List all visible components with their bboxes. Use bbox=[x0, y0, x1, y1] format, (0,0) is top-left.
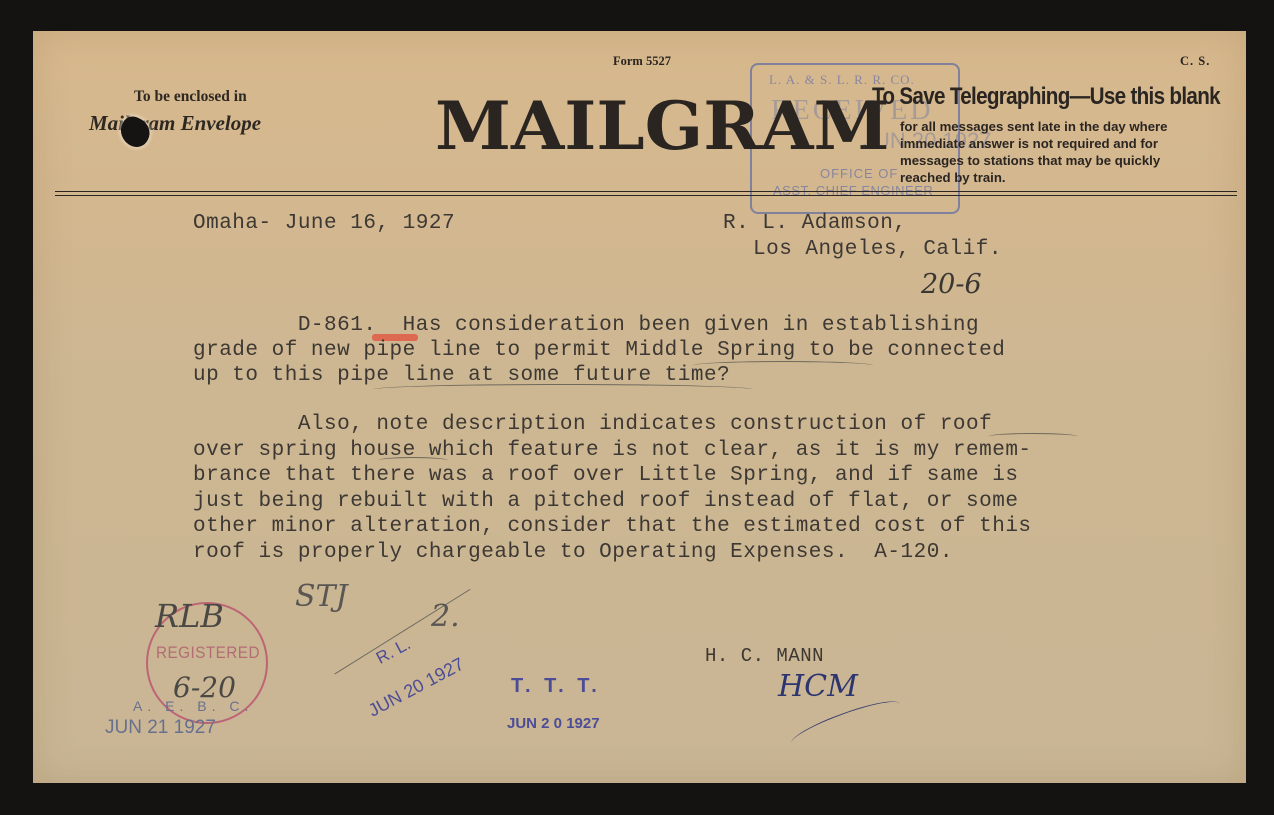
paragraph2-line: other minor alteration, consider that th… bbox=[193, 515, 1032, 538]
mailgram-document: Form 5527 C. S. To be enclosed in Mailgr… bbox=[33, 31, 1246, 783]
paragraph1-line: D-861. Has consideration been given in e… bbox=[193, 314, 979, 337]
save-telegraphing-body: for all messages sent late in the day wh… bbox=[900, 118, 1168, 186]
rl-stamp: R. L. bbox=[373, 634, 414, 669]
envelope-note-line2: Mailgram Envelope bbox=[89, 111, 261, 136]
origin-date: Omaha- June 16, 1927 bbox=[193, 212, 455, 235]
pencil-underline bbox=[693, 361, 873, 370]
header-rule-top bbox=[55, 191, 1237, 192]
registered-stamp-text: REGISTERED bbox=[156, 643, 260, 663]
aebc-stamp: A. E. B. C. bbox=[133, 698, 253, 714]
paragraph2-line: Also, note description indicates constru… bbox=[193, 413, 992, 436]
paragraph2-line: roof is properly chargeable to Operating… bbox=[193, 541, 953, 564]
ttt-date: JUN 2 0 1927 bbox=[507, 715, 600, 732]
paragraph2-line: brance that there was a roof over Little… bbox=[193, 464, 1018, 487]
ttt-stamp: T. T. T. bbox=[511, 675, 601, 698]
signature: HCM bbox=[778, 669, 858, 704]
received-stamp-office: OFFICE OF bbox=[820, 166, 898, 181]
page-title: MAILGRAM bbox=[435, 87, 890, 165]
paragraph1-line: grade of new pipe line to permit Middle … bbox=[193, 339, 1005, 362]
envelope-note-line1: To be enclosed in bbox=[134, 88, 247, 106]
paragraph1-line: up to this pipe line at some future time… bbox=[193, 364, 730, 387]
handwritten-file-number: 20-6 bbox=[921, 269, 982, 300]
aebc-date: JUN 21 1927 bbox=[105, 717, 216, 739]
signer-typed-name: H. C. MANN bbox=[705, 645, 824, 667]
recipient-name: R. L. Adamson, bbox=[723, 212, 906, 235]
pencil-underline bbox=[378, 457, 448, 464]
pencil-underline bbox=[373, 384, 753, 395]
cs-mark: C. S. bbox=[1180, 54, 1210, 69]
pencil-underline bbox=[988, 433, 1078, 440]
form-number: Form 5527 bbox=[613, 54, 671, 69]
header-rule-bottom bbox=[55, 195, 1237, 196]
paragraph2-line: over spring house which feature is not c… bbox=[193, 439, 1032, 462]
pencil-initials: STJ bbox=[295, 579, 348, 614]
handwritten-initials: RLB bbox=[155, 597, 224, 635]
save-telegraphing-heading: To Save Telegraphing—Use this blank bbox=[872, 83, 1220, 111]
recipient-location: Los Angeles, Calif. bbox=[753, 238, 1002, 261]
paragraph2-line: just being rebuilt with a pitched roof i… bbox=[193, 490, 1018, 513]
